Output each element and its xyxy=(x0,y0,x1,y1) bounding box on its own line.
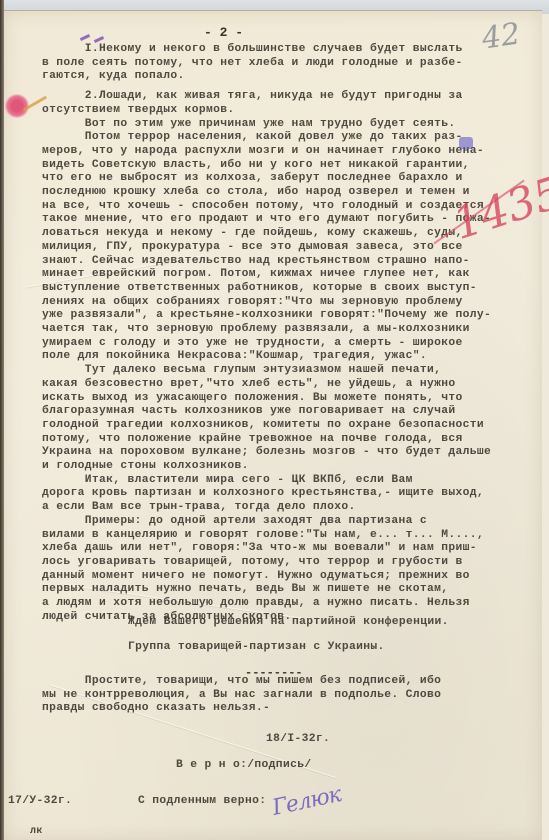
ink-mark xyxy=(80,34,90,41)
ink-mark xyxy=(94,36,104,43)
text-line: 2.Лошади, как живая тяга, никуда не буду… xyxy=(42,90,463,104)
text-line: Тут далеко весьма глупым энтузиазмом наш… xyxy=(42,364,441,378)
postscript-line: мы не контрреволюция, а Вы нас загнали в… xyxy=(42,689,441,703)
text-line: хлеба дашь или нет", говоря:"За что-ж мы… xyxy=(42,542,477,556)
text-line: ловаться некуда и некому - где пойдешь, … xyxy=(42,227,463,241)
closing-request: Ждем Вашего решения на партийной конфере… xyxy=(128,616,449,630)
text-line: гаются, куда попало. xyxy=(42,70,185,84)
postscript-line: Простите, товарищи, что мы пишем без под… xyxy=(42,675,441,689)
handwritten-signature: Гелюк xyxy=(270,782,343,821)
text-line: Итак, властители мира сего - ЦК ВКПб, ес… xyxy=(42,474,413,488)
text-line: последнюю крошку хлеба со стола, ибо нар… xyxy=(42,186,470,200)
copy-certified-label: С подленным верно: xyxy=(138,795,266,809)
text-line: какая безсовестно врет,"что хлеб есть", … xyxy=(42,378,456,392)
text-line: на все, что хочешь - способен потому, чт… xyxy=(42,200,484,214)
text-line: лось уговаривать товарищей, потому, что … xyxy=(42,556,463,570)
text-line: что его не выбросят из колхоза, заберут … xyxy=(42,172,463,186)
text-line: благоразумная часть колхозников уже пого… xyxy=(42,405,456,419)
text-line: отсутствием твердых кормов. xyxy=(42,104,235,118)
text-line: такое мнение, что его продают и что его … xyxy=(42,213,491,227)
text-line: милиция, ГПУ, прокуратура - все это дымо… xyxy=(42,241,463,255)
text-line: знают. Сейчас издевательство над крестья… xyxy=(42,255,470,269)
text-line: I.Некому и некого в большинстве случаев … xyxy=(42,43,463,57)
ink-correction-mark xyxy=(459,137,473,149)
text-line: выступление ответственных работников, ко… xyxy=(42,282,477,296)
text-line: видеть Советскую власть, ибо ни у кого н… xyxy=(42,159,470,173)
text-line: Украина на пороховом вулкане; болезнь мо… xyxy=(42,446,491,460)
text-line: минает еврейский погром. Потом, кижмах н… xyxy=(42,268,470,282)
text-line: меров, что у народа распухли мозги и он … xyxy=(42,145,484,159)
archive-number-handwritten: 42 xyxy=(480,17,523,57)
text-line: искать выход из ужасающего положения. Вы… xyxy=(42,392,463,406)
text-line: умираем с голоду и это уже не трудности,… xyxy=(42,337,463,351)
typist-initials: лк xyxy=(30,825,43,839)
text-line: лениях на общих собраниях говорят:"Что м… xyxy=(42,296,463,310)
text-line: вилами в канцелярию и говорят голове:"Ты… xyxy=(42,529,484,543)
text-line: Примеры: до одной артели заходят два пар… xyxy=(42,515,427,529)
text-line: а если Вам все трын-трава, тогда дело пл… xyxy=(42,501,356,515)
document-page: - 2 - 42 I.Некому и некого в большинстве… xyxy=(4,10,542,840)
text-line: Потом террор населения, какой довел уже … xyxy=(42,131,463,145)
text-line: Вот по этим уже причинам уже нам трудно … xyxy=(42,118,456,132)
text-line: данный момент ничего не помогут. Нужно о… xyxy=(42,570,470,584)
page-number: - 2 - xyxy=(204,25,243,40)
text-line: потому, что положение крайне тревожное н… xyxy=(42,433,463,447)
text-line: голодной трагедии колхозников, комитеты … xyxy=(42,419,484,433)
certified-label: В е р н о:/подпись/ xyxy=(176,759,311,773)
postscript-line: правды свободно сказать нельзя.- xyxy=(42,702,270,716)
text-line: в поле сеять потому, что нет хлеба и люд… xyxy=(42,57,463,71)
original-date: 18/I-32г. xyxy=(266,733,330,747)
text-line: и голодные стоны колхозников. xyxy=(42,460,249,474)
copy-date: 17/У-32г. xyxy=(8,795,72,809)
group-signature: Группа товарищей-партизан с Украины. xyxy=(128,641,385,655)
text-line: чается так, что зерновую проблему развяз… xyxy=(42,323,470,337)
text-line: первых наладить нужно печать, ведь Вы ж … xyxy=(42,583,448,597)
text-line: дорога кровь партизан и колхозного крест… xyxy=(42,487,484,501)
text-line: поле для покойника Некрасова:"Кошмар, тр… xyxy=(42,350,427,364)
text-line: уже развязали", а крестьяне-колхозники г… xyxy=(42,309,491,323)
text-line: а людям и хотя небольшую долю правды, а … xyxy=(42,597,470,611)
